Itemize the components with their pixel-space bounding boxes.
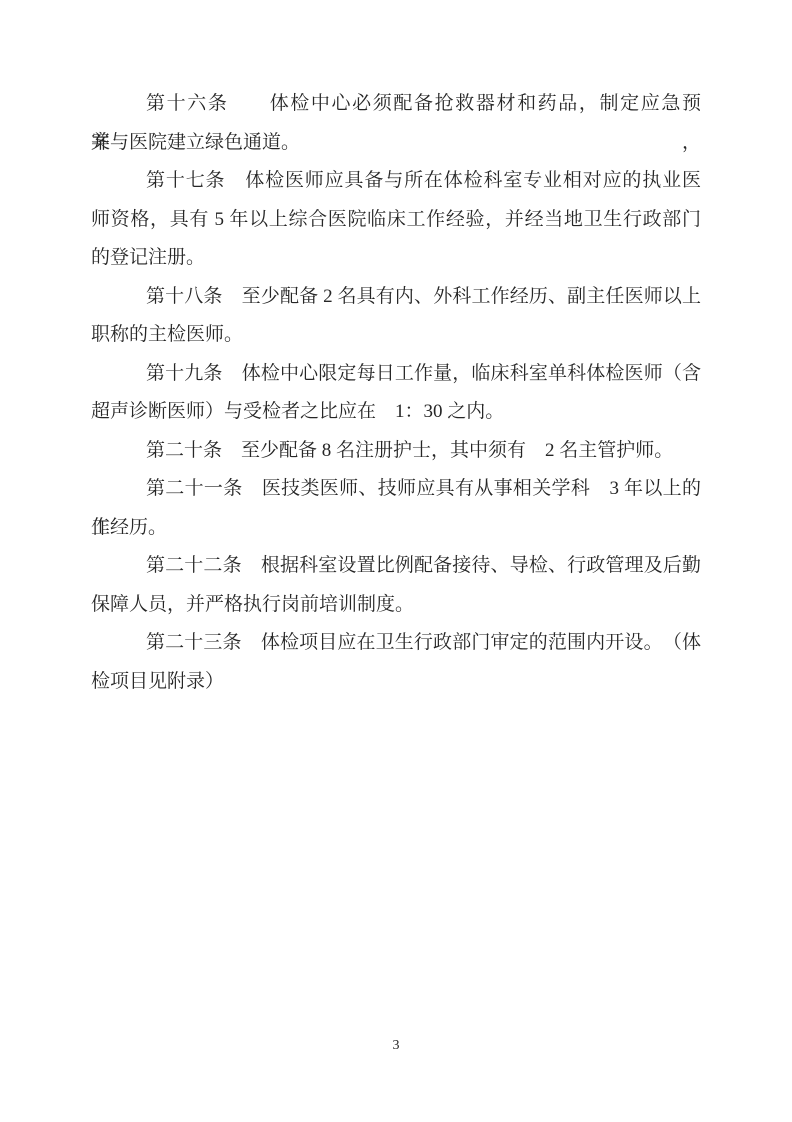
text-line: 第十七条 体检医师应具备与所在体检科室专业相对应的执业医: [91, 162, 701, 201]
text-line: 职称的主检医师。: [91, 316, 701, 355]
page-number: 3: [393, 1038, 400, 1053]
text-line: 第十六条 体检中心必须配备抢救器材和药品，制定应急预案 ，: [91, 85, 701, 124]
page-footer: 3: [0, 1036, 792, 1056]
document-page: 第十六条 体检中心必须配备抢救器材和药品，制定应急预案 ， 并与医院建立绿色通道…: [0, 0, 792, 1122]
text-line: 第十八条 至少配备 2 名具有内、外科工作经历、副主任医师以上: [91, 278, 701, 317]
text-line: 超声诊断医师）与受检者之比应在 1：30 之内。: [91, 393, 701, 432]
text-line: 第二十条 至少配备 8 名注册护士，其中须有 2 名主管护师。: [91, 432, 701, 471]
text-line: 第二十三条 体检项目应在卫生行政部门审定的范围内开设。 （体: [91, 624, 701, 663]
text-line: 检项目见附录）: [91, 663, 701, 702]
text-line: 保障人员，并严格执行岗前培训制度。: [91, 586, 701, 625]
text-line: 作经历。: [91, 509, 701, 548]
text-line: 第十九条 体检中心限定每日工作量，临床科室单科体检医师（含: [91, 355, 701, 394]
text-line: 第二十二条 根据科室设置比例配备接待、导检、行政管理及后勤: [91, 547, 701, 586]
text-line: 的登记注册。: [91, 239, 701, 278]
text-line: 第二十一条 医技类医师、技师应具有从事相关学科 3 年以上的工: [91, 470, 701, 509]
text-line: 师资格，具有 5 年以上综合医院临床工作经验，并经当地卫生行政部门: [91, 201, 701, 240]
document-body: 第十六条 体检中心必须配备抢救器材和药品，制定应急预案 ， 并与医院建立绿色通道…: [91, 85, 701, 701]
